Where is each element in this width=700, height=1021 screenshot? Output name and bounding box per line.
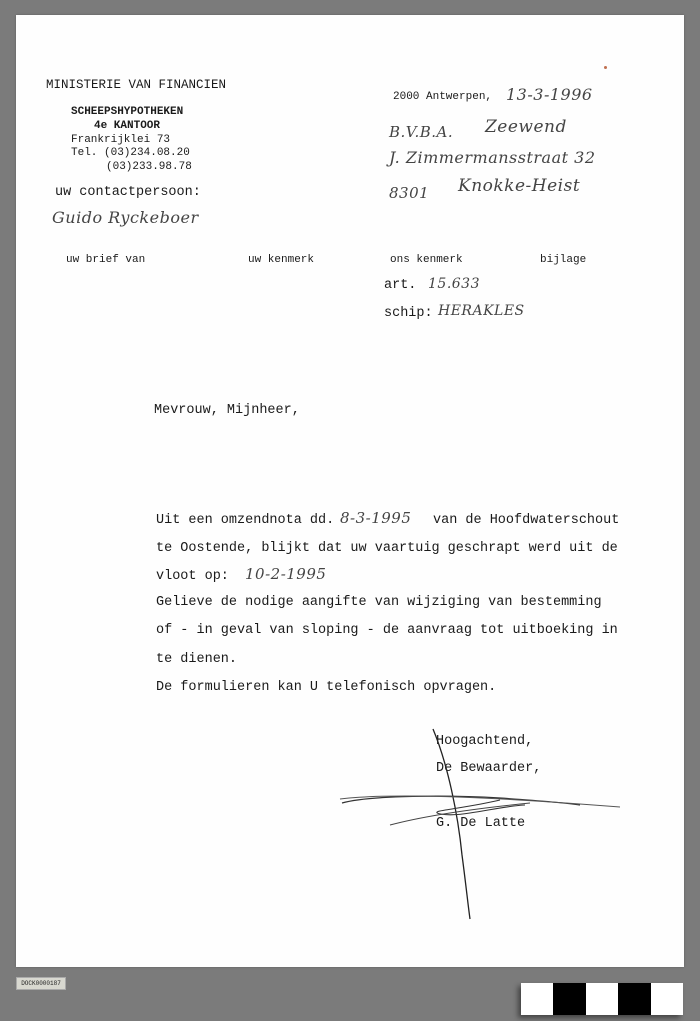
phone-number-1: Tel. (03)234.08.20 xyxy=(71,147,190,159)
letter-date-handwritten: 13-3-1996 xyxy=(506,85,593,104)
office-name: 4e KANTOOR xyxy=(94,120,160,132)
article-number-handwritten: 15.633 xyxy=(428,276,480,292)
office-address: Frankrijklei 73 xyxy=(71,134,170,146)
ship-name-handwritten: HERAKLES xyxy=(438,303,525,319)
phone-number-2: (03)233.98.78 xyxy=(106,161,192,173)
circular-date-handwritten: 8-3-1995 xyxy=(340,509,411,527)
body-line-1-start: Uit een omzendnota dd. xyxy=(156,513,334,528)
addressee-street: J. Zimmermansstraat 32 xyxy=(389,148,596,167)
body-line-5: of - in geval van sloping - de aanvraag … xyxy=(156,623,618,638)
your-reference-label: uw kenmerk xyxy=(248,254,314,266)
article-label: art. xyxy=(384,278,416,293)
department-name: SCHEEPSHYPOTHEKEN xyxy=(71,106,183,118)
calibration-swatch xyxy=(651,983,683,1015)
body-line-6: te dienen. xyxy=(156,652,237,667)
calibration-swatch xyxy=(618,983,650,1015)
body-line-1-end: van de Hoofdwaterschout xyxy=(433,513,619,528)
signature-icon xyxy=(330,725,630,925)
ministry-name: MINISTERIE VAN FINANCIEN xyxy=(46,78,226,92)
body-line-7: De formulieren kan U telefonisch opvrage… xyxy=(156,680,496,695)
contact-label: uw contactpersoon: xyxy=(55,185,201,200)
addressee-company-name: Zeewend xyxy=(485,117,567,137)
archive-id-label: DOCK0000187 xyxy=(16,977,66,990)
addressee-city: Knokke-Heist xyxy=(458,176,580,196)
body-line-2: te Oostende, blijkt dat uw vaartuig gesc… xyxy=(156,541,618,556)
ship-label: schip: xyxy=(384,306,433,321)
salutation: Mevrouw, Mijnheer, xyxy=(154,403,300,418)
body-line-3-start: vloot op: xyxy=(156,569,229,584)
removal-date-handwritten: 10-2-1995 xyxy=(245,565,326,583)
calibration-swatch xyxy=(521,983,553,1015)
our-reference-label: ons kenmerk xyxy=(390,254,463,266)
body-line-4: Gelieve de nodige aangifte van wijziging… xyxy=(156,595,602,610)
addressee-postcode: 8301 xyxy=(389,184,429,202)
contact-name-handwritten: Guido Ryckeboer xyxy=(52,208,199,227)
attachment-label: bijlage xyxy=(540,254,586,266)
color-calibration-strip xyxy=(521,983,683,1015)
addressee-company-type: B.V.B.A. xyxy=(389,123,453,141)
calibration-swatch xyxy=(553,983,585,1015)
place-label: 2000 Antwerpen, xyxy=(393,91,492,103)
your-letter-label: uw brief van xyxy=(66,254,145,266)
paper-speck xyxy=(604,66,607,69)
calibration-swatch xyxy=(586,983,618,1015)
